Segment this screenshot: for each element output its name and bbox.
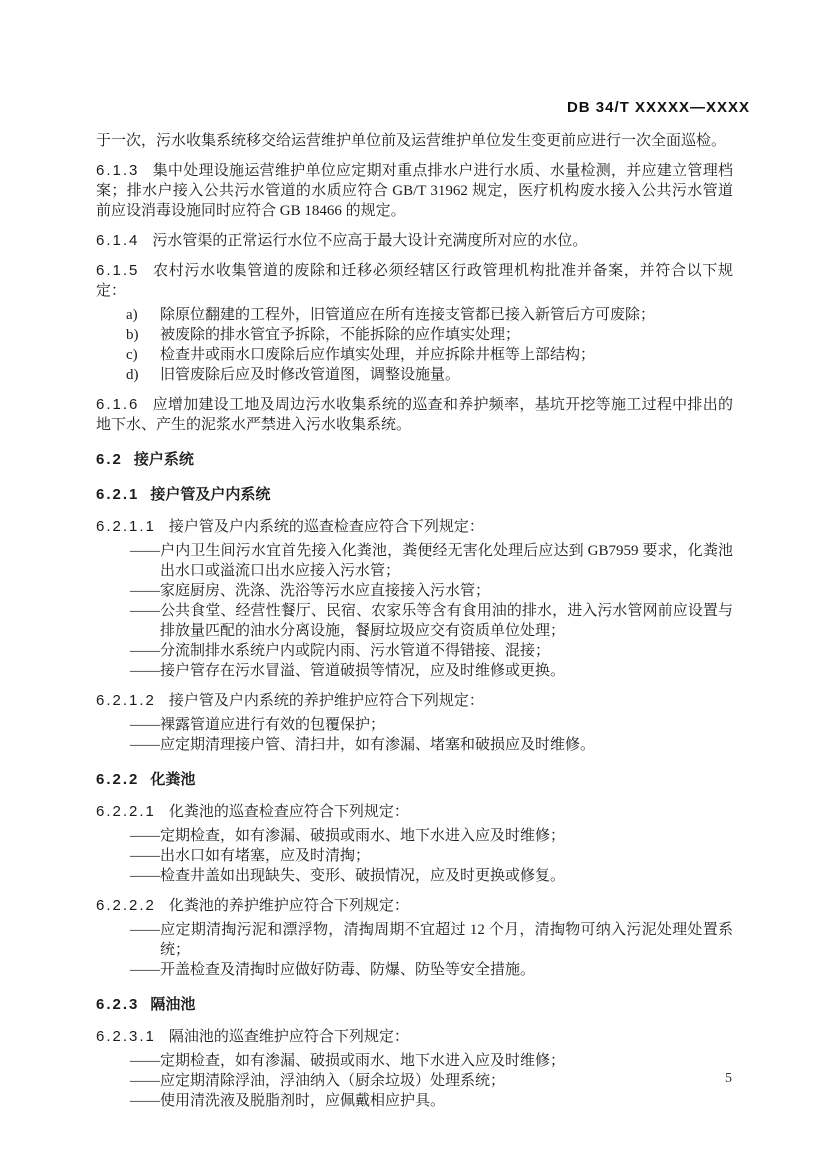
clause-6-2-1-2: 6.2.1.2接户管及户内系统的养护维护应符合下列规定： [96,691,733,711]
clause-text: 应增加建设工地及周边污水收集系统的巡查和养护频率，基坑开挖等施工过程中排出的地下… [96,397,733,433]
intro-paragraph: 于一次，污水收集系统移交给运营维护单位前及运营维护单位发生变更前应进行一次全面巡… [96,131,733,151]
clause-number: 6.1.6 [96,396,139,413]
heading-text: 化粪池 [150,771,195,788]
list-item: ——户内卫生间污水宜首先接入化粪池，粪便经无害化处理后应达到 GB7959 要求… [96,541,733,581]
clause-number: 6.2.1.1 [96,518,156,535]
list-item-text: 被废除的排水管宜予拆除，不能拆除的应作填实处理； [160,325,733,345]
heading-number: 6.2.2 [96,771,139,788]
heading-6-2-1: 6.2.1接户管及户内系统 [96,485,733,505]
dash-list-6-2-3-1: ——定期检查，如有渗漏、破损或雨水、地下水进入应及时维修； ——应定期清除浮油，… [96,1051,733,1111]
heading-text: 接户系统 [134,451,194,468]
clause-6-1-3: 6.1.3集中处理设施运营维护单位应定期对重点排水户进行水质、水量检测，并应建立… [96,161,733,221]
document-content: 于一次，污水收集系统移交给运营维护单位前及运营维护单位发生变更前应进行一次全面巡… [96,131,733,1115]
list-item: ——检查井盖如出现缺失、变形、破损情况，应及时更换或修复。 [96,866,733,886]
dash-list-6-2-2-2: ——应定期清掏污泥和漂浮物，清掏周期不宜超过 12 个月，清掏物可纳入污泥处理处… [96,920,733,980]
clause-6-2-2-1: 6.2.2.1化粪池的巡查检查应符合下列规定： [96,802,733,822]
list-item: d) 旧管废除后应及时修改管道图，调整设施量。 [96,365,733,385]
heading-6-2: 6.2接户系统 [96,450,733,470]
heading-6-2-3: 6.2.3隔油池 [96,995,733,1015]
list-item: ——家庭厨房、洗涤、洗浴等污水应直接接入污水管； [96,581,733,601]
heading-6-2-2: 6.2.2化粪池 [96,770,733,790]
dash-list-6-2-1-1: ——户内卫生间污水宜首先接入化粪池，粪便经无害化处理后应达到 GB7959 要求… [96,541,733,681]
list-item: ——接户管存在污水冒溢、管道破损等情况，应及时维修或更换。 [96,661,733,681]
clause-text: 接户管及户内系统的养护维护应符合下列规定： [169,693,484,709]
clause-text: 化粪池的养护维护应符合下列规定： [169,898,409,914]
clause-text: 农村污水收集管道的废除和迁移必须经辖区行政管理机构批准并备案，并符合以下规定： [96,263,733,299]
clause-6-1-4: 6.1.4污水管渠的正常运行水位不应高于最大设计充满度所对应的水位。 [96,231,733,251]
clause-6-2-3-1: 6.2.3.1隔油池的巡查维护应符合下列规定： [96,1027,733,1047]
list-item: a) 除原位翻建的工程外，旧管道应在所有连接支管都已接入新管后方可废除； [96,305,733,325]
clause-text: 集中处理设施运营维护单位应定期对重点排水户进行水质、水量检测，并应建立管理档案；… [96,163,733,219]
list-item: ——裸露管道应进行有效的包覆保护； [96,715,733,735]
list-item: ——应定期清除浮油，浮油纳入（厨余垃圾）处理系统； [96,1071,733,1091]
list-item-label: d) [126,365,160,385]
list-item-label: a) [126,305,160,325]
clause-text: 接户管及户内系统的巡查检查应符合下列规定： [169,519,484,535]
clause-6-1-5: 6.1.5农村污水收集管道的废除和迁移必须经辖区行政管理机构批准并备案，并符合以… [96,261,733,301]
document-header: DB 34/T XXXXX—XXXX [567,99,750,116]
list-item: ——定期检查，如有渗漏、破损或雨水、地下水进入应及时维修； [96,1051,733,1071]
list-item: ——应定期清掏污泥和漂浮物，清掏周期不宜超过 12 个月，清掏物可纳入污泥处理处… [96,920,733,960]
letter-list-6-1-5: a) 除原位翻建的工程外，旧管道应在所有连接支管都已接入新管后方可废除； b) … [96,305,733,385]
list-item: ——开盖检查及清掏时应做好防毒、防爆、防坠等安全措施。 [96,960,733,980]
list-item-text: 检查井或雨水口废除后应作填实处理，并应拆除井框等上部结构； [160,345,733,365]
clause-text: 污水管渠的正常运行水位不应高于最大设计充满度所对应的水位。 [152,233,587,249]
list-item-text: 除原位翻建的工程外，旧管道应在所有连接支管都已接入新管后方可废除； [160,305,733,325]
list-item-label: c) [126,345,160,365]
list-item: ——公共食堂、经营性餐厅、民宿、农家乐等含有食用油的排水，进入污水管网前应设置与… [96,601,733,641]
clause-6-1-6: 6.1.6应增加建设工地及周边污水收集系统的巡查和养护频率，基坑开挖等施工过程中… [96,395,733,435]
clause-text: 隔油池的巡查维护应符合下列规定： [169,1029,409,1045]
clause-6-2-2-2: 6.2.2.2化粪池的养护维护应符合下列规定： [96,896,733,916]
clause-number: 6.1.4 [96,232,139,249]
heading-number: 6.2.3 [96,996,139,1013]
document-page: DB 34/T XXXXX—XXXX 于一次，污水收集系统移交给运营维护单位前及… [0,0,826,1169]
clause-number: 6.2.3.1 [96,1028,156,1045]
list-item: ——使用清洗液及脱脂剂时，应佩戴相应护具。 [96,1091,733,1111]
heading-text: 隔油池 [150,996,195,1013]
list-item-label: b) [126,325,160,345]
clause-number: 6.2.2.1 [96,803,156,820]
list-item: ——应定期清理接户管、清扫井，如有渗漏、堵塞和破损应及时维修。 [96,735,733,755]
dash-list-6-2-2-1: ——定期检查，如有渗漏、破损或雨水、地下水进入应及时维修； ——出水口如有堵塞，… [96,826,733,886]
dash-list-6-2-1-2: ——裸露管道应进行有效的包覆保护； ——应定期清理接户管、清扫井，如有渗漏、堵塞… [96,715,733,755]
clause-number: 6.1.3 [96,162,139,179]
heading-number: 6.2.1 [96,486,139,503]
list-item-text: 旧管废除后应及时修改管道图，调整设施量。 [160,365,733,385]
list-item: b) 被废除的排水管宜予拆除，不能拆除的应作填实处理； [96,325,733,345]
heading-text: 接户管及户内系统 [150,486,270,503]
list-item: c) 检查井或雨水口废除后应作填实处理，并应拆除井框等上部结构； [96,345,733,365]
list-item: ——分流制排水系统户内或院内雨、污水管道不得错接、混接； [96,641,733,661]
clause-number: 6.2.2.2 [96,897,156,914]
clause-6-2-1-1: 6.2.1.1接户管及户内系统的巡查检查应符合下列规定： [96,517,733,537]
page-number: 5 [725,1071,732,1087]
list-item: ——出水口如有堵塞，应及时清掏； [96,846,733,866]
list-item: ——定期检查，如有渗漏、破损或雨水、地下水进入应及时维修； [96,826,733,846]
clause-number: 6.1.5 [96,262,139,279]
heading-number: 6.2 [96,451,123,468]
clause-number: 6.2.1.2 [96,692,156,709]
clause-text: 化粪池的巡查检查应符合下列规定： [169,804,409,820]
